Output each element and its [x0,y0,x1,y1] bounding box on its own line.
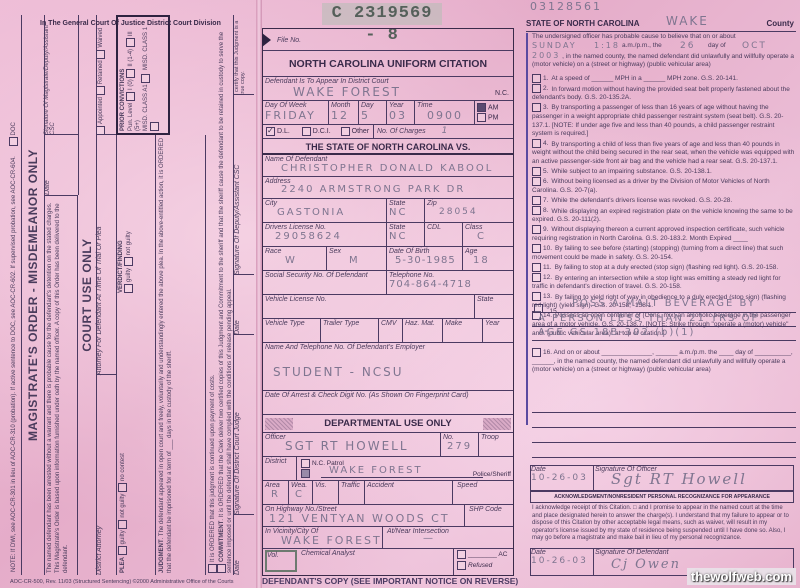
charge-text: Without being licensed as a driver by th… [532,178,770,194]
handwritten-reference: 03128561 [530,0,602,13]
judgment-text: The defendant appeared in open court and… [159,138,173,573]
charge-checkbox[interactable] [532,74,541,83]
charge-15-line: A PERSON LESS THAN 21 YRS OF [538,313,759,324]
plea-no-contest-checkbox[interactable] [118,483,127,492]
nc-label: N.C. [495,90,509,97]
citation-number: C 2319569 - 8 [322,3,442,25]
plea-option: guilty [120,530,126,544]
charges-label: No. Of Charges [377,128,426,135]
verdict-not-guilty-checkbox[interactable] [124,257,133,266]
charge-text: By failing to stop at a duly erected (st… [555,264,779,271]
blank-lines [532,398,796,462]
charge-checkbox[interactable] [532,244,541,253]
certify-text: I certify that this Judgment is a true c… [234,21,246,95]
charge-text: At a speed of ______ MPH in a ______ MPH… [551,75,737,82]
charge-15-checkbox[interactable] [534,304,543,313]
citation-title: NORTH CAROLINA UNIFORM CITATION [263,51,513,77]
vehicle-type-label: Vehicle Type [263,319,321,343]
plea-guilty-checkbox[interactable] [118,546,127,555]
county-text: , in the named county, the named defenda… [532,53,794,69]
am-checkbox[interactable] [477,103,486,112]
watermark: thewolfweb.com [687,568,796,585]
county-value: WAKE [666,14,709,28]
charge-16-text: 16. And on or about ______________, ____… [532,349,793,373]
charge-15-line: POSS A MALT BEVERAGE BY [572,298,756,309]
charge-item: 10.By failing to see before (starting) (… [532,244,796,262]
defendant-date-label: Date [531,549,593,556]
dci-label: D.C.I. [313,128,331,135]
offense-time-value: 1:18 [594,42,620,51]
year-value: 03 [389,109,412,122]
charge-text: While subject to an impairing substance.… [551,168,711,175]
intersection-label: At/Near Intersection [387,528,449,535]
employer-value: STUDENT - NCSU [273,365,404,379]
haz-mat-label: Haz. Mat. [403,319,443,343]
charge-text: By transporting a passenger of less than… [532,104,783,137]
court-location: WAKE FOREST [293,85,401,99]
charge-checkbox[interactable] [532,206,541,215]
year-label: Year [389,102,412,109]
defendant-signature-label: Signature Of Defendant [595,549,669,556]
vicinity-value: WAKE FOREST [281,534,382,547]
magistrate-date-label: Date [44,180,51,195]
charge-item: 11.By failing to stop at a duly erected … [532,263,796,273]
address-value: 2240 ARMSTRONG PARK DR [281,184,465,195]
refused-checkbox[interactable] [457,561,466,570]
ordered-text: It is ORDERED that this judgment is cont… [210,375,216,562]
county-label: County [766,19,794,28]
charge-number: 8. [543,208,548,215]
dob-value: 5-30-1985 [389,255,460,266]
uniform-citation: File No. NORTH CAROLINA UNIFORM CITATION… [262,28,514,576]
level-1-checkbox[interactable] [126,92,135,101]
retained-label: Retained [98,60,104,84]
charge-text: In forward motion without having the pro… [532,86,790,102]
charge-number: 2. [543,86,548,93]
court-record-stub: NOTE: If DWI, see AOC-CR-301 in lieu of … [0,0,258,588]
am-label: AM [488,104,499,111]
charge-item: 12.By entering an intersection while a s… [532,273,796,291]
charge-number: 12. [543,275,552,282]
shaded-box [265,418,293,430]
age-label: Age [465,248,490,255]
other-label: Other [352,128,370,135]
vis-label: Vis. [315,482,336,489]
charge-intro: The undersigned officer has probable cau… [532,33,796,70]
day-label: Day [361,102,384,109]
charge-number: 3. [543,104,548,111]
month-value: 12 [331,109,356,122]
district-label: District [265,458,294,465]
charge-text: By failing to see before (starting) (sto… [532,245,783,261]
file-no-label: File No. [277,37,301,44]
class-value: C [465,231,486,242]
defendant-signature: Cj Owen [611,557,681,572]
charge-number: 10. [543,245,552,252]
stub-header: In The General Court Of Justice District… [40,20,221,27]
license-state-value: NC [389,231,422,242]
appointed-label: Appointed [98,97,104,124]
refused-label: Refused [468,562,492,569]
stub-content: NOTE: If DWI, see AOC-CR-301 in lieu of … [6,15,254,575]
charge-number: 6. [543,178,548,185]
weekday-value: SUNDAY [532,41,577,50]
accident-label: Accident [367,482,450,489]
class-label: Class [465,224,486,231]
charge-item: 6.Without being licensed as a driver by … [532,177,796,195]
chemical-analyst-label: Chemical Analyst [301,550,355,557]
charge-item: 2.In forward motion without having the p… [532,84,796,102]
zip-value: 28054 [427,207,478,217]
race-value: W [265,255,324,266]
ac-checkbox[interactable] [457,550,466,559]
vehicle-license-label: Vehicle License No. [265,296,472,303]
city-label: City [265,200,384,207]
vehicle-state-label: State [477,296,493,303]
charge-number: 1. [543,75,548,82]
magistrate-signature-label: Signature Of Magistrate/Deputy/Assistant… [44,25,56,135]
officer-no-value: 279 [443,441,476,452]
vol-label: Vol. [267,552,279,559]
level-label: II (1-4) [128,49,134,67]
charge-text: While the defendant's drivers license wa… [551,197,732,204]
charge-item: 8.While displaying an expired registrati… [532,206,796,224]
charge-checkbox[interactable] [532,177,541,186]
offense-day-value: 26 [680,42,695,51]
area-label: Area [265,482,286,489]
age-value: 18 [465,255,490,266]
state-vs-title: THE STATE OF NORTH CAROLINA VS. [263,139,513,155]
state-header: STATE OF NORTH CAROLINA [526,19,639,28]
month-label: Month [331,102,356,109]
day-of-week-value: FRIDAY [265,109,326,122]
troop-label: Troop [481,434,499,441]
officer-date-label: Date [531,466,593,473]
agency-line [321,477,483,478]
police-sheriff-label: Police/Sheriff [473,471,511,478]
dob-label: Date Of Birth [389,248,460,255]
retained-checkbox[interactable] [96,86,105,95]
wea-label: Wea. [291,482,310,489]
charge-text: While displaying an expired registration… [532,208,793,224]
police-sheriff-checkbox[interactable] [301,469,310,478]
intersection-value: — [423,533,435,544]
commitment-checkbox[interactable] [217,564,226,573]
charge-item: 5.While subject to an impairing substanc… [532,167,796,177]
other-checkbox[interactable] [341,127,350,136]
commitment-label: COMMITMENT [219,521,225,562]
charges-value: 1 [442,126,450,136]
commitment-text: It is ORDERED that the Clerk deliver two… [219,32,233,573]
speed-label: Speed [457,482,477,489]
charge-number: 11. [543,264,552,271]
deputy-date-label: Date [234,320,241,335]
level-2-checkbox[interactable] [126,69,135,78]
charge-checkbox[interactable] [532,167,541,176]
year-col-label: Year [485,320,499,327]
dl-checkbox[interactable]: ✓ [266,127,275,136]
waived-label: Waived [98,28,104,48]
charge-item: 4.By transporting a child of less than f… [532,139,796,166]
charge-number: 9. [543,226,548,233]
phone-value: 704-864-4718 [389,279,472,290]
charge-checkbox[interactable] [532,263,541,272]
charge-item: 1.At a speed of ______ MPH in a ______ M… [532,74,796,84]
pm-checkbox[interactable] [477,113,486,122]
district-attorney-label: District Attorney [96,526,103,575]
shaded-box [483,418,511,430]
ssn-label: Social Security No. Of Defendant [265,272,384,279]
employer-label: Name And Telephone No. Of Defendant's Em… [263,343,513,352]
level-3-checkbox[interactable] [126,38,135,47]
class-checkbox[interactable] [141,74,150,83]
day-of-text: day of [708,42,726,51]
nc-patrol-checkbox[interactable] [301,459,310,468]
officer-date-value: 10-26-03 [531,473,593,483]
judge-date-label: Date [234,560,241,575]
stub-note: NOTE: If DWI, see AOC-CR-301 in lieu of … [11,156,17,572]
charge-16-checkbox[interactable] [532,348,541,357]
highway-value: 121 VENTYAN WOODS CT [269,512,450,525]
sex-label: Sex [329,248,384,255]
magistrate-text: The named defendant has been arrested wi… [44,195,78,575]
level-label: I (0) [128,79,134,90]
sex-value: M [329,255,384,266]
race-label: Race [265,248,324,255]
deputy-signature-label: Signature Of Deputy/Assistant CSC [234,165,241,276]
margin-line [526,33,528,425]
magistrate-title: MAGISTRATE'S ORDER - MISDEMEANOR ONLY [26,149,40,441]
acknowledgment-title: ACKNOWLEDGMENT/NONRESIDENT PERSONAL RECO… [530,491,794,503]
charge-item: 7.While the defendant's drivers license … [532,196,796,206]
charge-checkbox[interactable] [532,225,541,234]
area-value: R [265,489,286,500]
class-label: MISD. CLASS 1 [143,27,149,70]
charge-checkbox[interactable] [532,103,541,112]
plea-not-guilty-checkbox[interactable] [118,520,127,529]
charges-panel: 03128561 STATE OF NORTH CAROLINA WAKE Co… [524,0,800,588]
court-use-title: COURT USE ONLY [80,238,94,351]
license-no-value: 29058624 [265,231,384,242]
charge-text: By transporting a child of less than fiv… [532,141,794,165]
acknowledgment-text: I acknowledge receipt of this Citation. … [532,505,792,543]
class-checkbox[interactable] [150,122,159,131]
charge-15: 15. POSS A MALT BEVERAGE BY A PERSON LES… [532,300,796,341]
license-no-label: Drivers License No. [265,224,384,231]
judgment-label: JUDGMENT [159,539,165,573]
officer-value: SGT RT HOWELL [285,439,409,453]
defendant-copy-footer: DEFENDANT'S COPY (SEE IMPORTANT NOTICE O… [262,576,516,586]
plea-label: PLEA [120,557,126,573]
charge-checkbox[interactable] [532,139,541,148]
trailer-type-label: Trailer Type [321,319,379,343]
zip-label: Zip [427,200,478,207]
officer-no-label: No. [443,434,476,441]
punishment-label: Pun. Level [128,103,134,131]
defendant-name-value: CHRISTOPHER DONALD KABOOL [281,163,493,174]
state-value: NC [389,207,422,218]
time-value: 0900 [417,109,472,122]
agency-value: WAKE FOREST [329,465,423,476]
judge-signature-label: Signature Of District Court Judge [234,412,241,515]
charge-number: 7. [543,197,548,204]
cmv-label: CMV [379,319,403,343]
ac-label: AC [498,551,507,558]
wea-value: C [291,489,310,500]
verdict-option: not guilty [126,231,132,255]
traffic-label: Traffic [341,482,362,489]
charge-checkbox[interactable] [532,84,541,93]
offense-month-value: OCT [742,42,767,51]
plea-option: not guilty [120,494,126,518]
attorney-label: Attorney For Defendant At Time Of Trial … [96,226,103,375]
waived-checkbox[interactable] [96,50,105,59]
phone-label: Telephone No. [389,272,472,279]
form-footer: AOC-CR-500, Rev. 11/03 (Structured Sente… [10,579,234,585]
ampm-text: a.m./p.m., the [622,42,662,51]
charge-text: By entering an intersection while a stop… [532,275,781,291]
city-value: GASTONIA [265,207,384,218]
doc-checkbox[interactable] [9,137,18,146]
charge-text: Without displaying thereon a current app… [532,226,784,242]
ordered-checkbox[interactable] [208,564,217,573]
charge-15-line: AGE GS-18B-302 (b)(1) [538,327,695,338]
plea-option: no contest [120,453,126,481]
pm-label: PM [488,115,499,122]
officer-signature: Sgt RT Howell [611,470,747,488]
doc-label: DOC [11,122,17,135]
offense-year-value: 2003 [532,51,560,60]
verdict-option: guilty [126,268,132,282]
day-of-week-label: Day Of Week [265,102,326,109]
charge-16: 16. And on or about ______________, ____… [532,348,796,375]
charge-number: 5. [543,168,548,175]
day-value: 5 [361,109,384,122]
dl-label: D.L. [277,128,290,135]
time-label: Time [417,102,472,109]
departmental-title: DEPARTMENTAL USE ONLY [324,418,451,429]
verdict-guilty-checkbox[interactable] [124,284,133,293]
state-label: State [389,200,422,207]
charge-number: 4. [543,141,548,148]
license-state-label: State [389,224,422,231]
make-label: Make [443,319,483,343]
class-label: MISD. CLASS A1 [143,84,149,131]
defendant-date-value: 10-26-03 [531,556,593,566]
shp-code-label: SHP Code [469,506,502,513]
charge-item: 3.By transporting a passenger of less th… [532,103,796,139]
cdl-label: CDL [427,224,460,231]
dci-checkbox[interactable] [302,127,311,136]
charge-checkbox[interactable] [532,273,541,282]
charge-item: 9.Without displaying thereon a current a… [532,225,796,243]
charge-checkbox[interactable] [532,196,541,205]
arrest-label: Date Of Arrest & Check Digit No. (As Sho… [263,391,513,400]
appointed-checkbox[interactable] [96,126,105,135]
